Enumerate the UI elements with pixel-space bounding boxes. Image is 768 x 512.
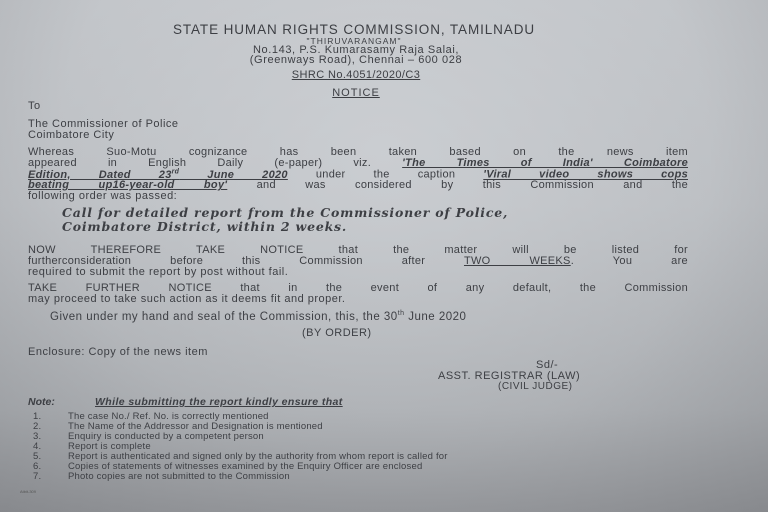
paragraph-1-line-5: following order was passed: — [28, 190, 177, 202]
footer-mark: Atbit-309 — [20, 489, 36, 494]
paragraph-3-line-2: may proceed to take such action as it de… — [28, 293, 346, 305]
order-line-2: Coimbatore District, within 2 weeks. — [62, 219, 347, 234]
text: . You are — [571, 255, 688, 267]
order-line-1: Call for detailed report from the Commis… — [62, 205, 508, 220]
note-item: 7.Photo copies are not submitted to the … — [33, 471, 290, 482]
note-item-number: 7. — [33, 471, 68, 482]
recipient-line-2: Coimbatore City — [28, 129, 114, 141]
reference-number: SHRC No.4051/2020/C3 — [0, 69, 740, 81]
enclosure: Enclosure: Copy of the news item — [28, 346, 208, 358]
given-line: Given under my hand and seal of the Comm… — [50, 310, 466, 323]
paragraph-2-line-3: required to submit the report by post wi… — [28, 266, 288, 278]
note-label: Note: — [28, 396, 55, 408]
to-label: To — [28, 100, 41, 112]
notice-document: STATE HUMAN RIGHTS COMMISSION, TAMILNADU… — [0, 0, 768, 512]
note-heading: While submitting the report kindly ensur… — [95, 396, 343, 408]
by-order: (BY ORDER) — [302, 327, 372, 339]
text: and was considered by this Commission an… — [257, 179, 688, 191]
address-line-2: (Greenways Road), Chennai – 600 028 — [0, 54, 740, 66]
deadline: TWO WEEKS — [464, 255, 571, 267]
notice-title: NOTICE — [0, 87, 740, 99]
signature-rank: (CIVIL JUDGE) — [498, 381, 572, 392]
organization-name: STATE HUMAN RIGHTS COMMISSION, TAMILNADU — [0, 22, 738, 37]
note-item-text: Photo copies are not submitted to the Co… — [68, 471, 290, 482]
